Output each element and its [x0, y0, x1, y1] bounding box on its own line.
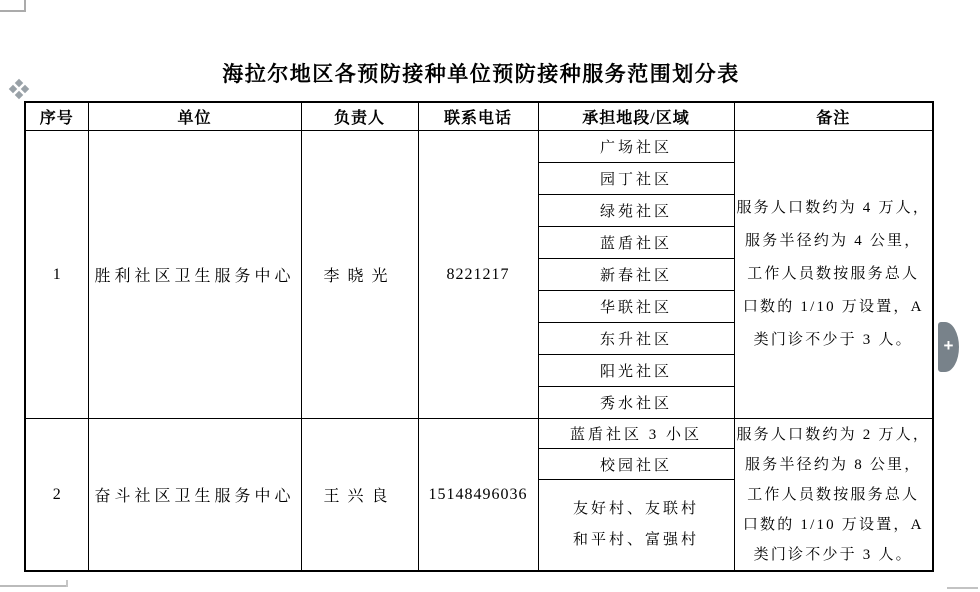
- column-header-unit[interactable]: 单位: [88, 102, 301, 131]
- region-cell[interactable]: 华联社区: [538, 291, 734, 323]
- plus-icon: +: [944, 336, 954, 355]
- row1-index-cell[interactable]: 1: [25, 131, 88, 419]
- region-line: 友好村、友联村: [539, 494, 734, 525]
- region-cell[interactable]: 阳光社区: [538, 355, 734, 387]
- remark-line: 服务人口数约为 2 万人，: [735, 420, 933, 450]
- region-cell[interactable]: 园丁社区: [538, 163, 734, 195]
- remark-line: 工作人员数按服务总人: [735, 258, 933, 291]
- page-corner-mark-top-left-vertical: [24, 0, 26, 12]
- column-header-index[interactable]: 序号: [25, 102, 88, 131]
- table-row: 2 奋斗社区卫生服务中心 王兴良 15148496036 蓝盾社区 3 小区 服…: [25, 419, 933, 449]
- table-row: 1 胜利社区卫生服务中心 李晓光 8221217 广场社区 服务人口数约为 4 …: [25, 131, 933, 163]
- region-line: 和平村、富强村: [539, 525, 734, 556]
- remark-line: 类门诊不少于 3 人。: [735, 324, 933, 357]
- column-header-remark[interactable]: 备注: [734, 102, 933, 131]
- region-cell[interactable]: 新春社区: [538, 259, 734, 291]
- column-header-contact[interactable]: 负责人: [301, 102, 418, 131]
- region-cell[interactable]: 秀水社区: [538, 387, 734, 419]
- page-title[interactable]: 海拉尔地区各预防接种单位预防接种服务范围划分表: [0, 58, 962, 88]
- page-corner-mark-top-left: [0, 10, 26, 12]
- region-cell-multiline[interactable]: 友好村、友联村 和平村、富强村: [538, 480, 734, 572]
- region-cell[interactable]: 广场社区: [538, 131, 734, 163]
- row1-remark-cell[interactable]: 服务人口数约为 4 万人， 服务半径约为 4 公里， 工作人员数按服务总人 口数…: [734, 131, 933, 419]
- region-cell[interactable]: 蓝盾社区 3 小区: [538, 419, 734, 449]
- header-row: 序号 单位 负责人 联系电话 承担地段/区域 备注: [25, 102, 933, 131]
- region-cell[interactable]: 东升社区: [538, 323, 734, 355]
- remark-line: 服务半径约为 4 公里，: [735, 225, 933, 258]
- column-header-region[interactable]: 承担地段/区域: [538, 102, 734, 131]
- remark-line: 口数的 1/10 万设置，A: [735, 291, 933, 324]
- page-edge-bottom-left: [0, 585, 68, 587]
- remark-line: 口数的 1/10 万设置，A: [735, 510, 933, 540]
- row1-phone-cell[interactable]: 8221217: [418, 131, 538, 419]
- page-edge-bottom-right: [947, 587, 978, 589]
- row2-remark-cell[interactable]: 服务人口数约为 2 万人， 服务半径约为 8 公里， 工作人员数按服务总人 口数…: [734, 419, 933, 572]
- row2-contact-cell[interactable]: 王兴良: [301, 419, 418, 572]
- remark-line: 工作人员数按服务总人: [735, 480, 933, 510]
- side-plus-button[interactable]: +: [938, 322, 959, 372]
- row2-index-cell[interactable]: 2: [25, 419, 88, 572]
- region-cell[interactable]: 绿苑社区: [538, 195, 734, 227]
- region-cell[interactable]: 校园社区: [538, 449, 734, 480]
- remark-line: 服务半径约为 8 公里，: [735, 450, 933, 480]
- region-cell[interactable]: 蓝盾社区: [538, 227, 734, 259]
- row2-phone-cell[interactable]: 15148496036: [418, 419, 538, 572]
- row1-unit-cell[interactable]: 胜利社区卫生服务中心: [88, 131, 301, 419]
- column-header-phone[interactable]: 联系电话: [418, 102, 538, 131]
- page-edge-bottom-left-corner: [66, 580, 68, 587]
- service-scope-table: 序号 单位 负责人 联系电话 承担地段/区域 备注 1 胜利社区卫生服务中心 李…: [24, 101, 934, 572]
- remark-line: 类门诊不少于 3 人。: [735, 540, 933, 570]
- row2-unit-cell[interactable]: 奋斗社区卫生服务中心: [88, 419, 301, 572]
- move-arrow-down-icon: [15, 91, 23, 99]
- row1-contact-cell[interactable]: 李晓光: [301, 131, 418, 419]
- remark-line: 服务人口数约为 4 万人，: [735, 192, 933, 225]
- document-page: 海拉尔地区各预防接种单位预防接种服务范围划分表 序号 单位 负责人 联系电话 承…: [0, 0, 980, 592]
